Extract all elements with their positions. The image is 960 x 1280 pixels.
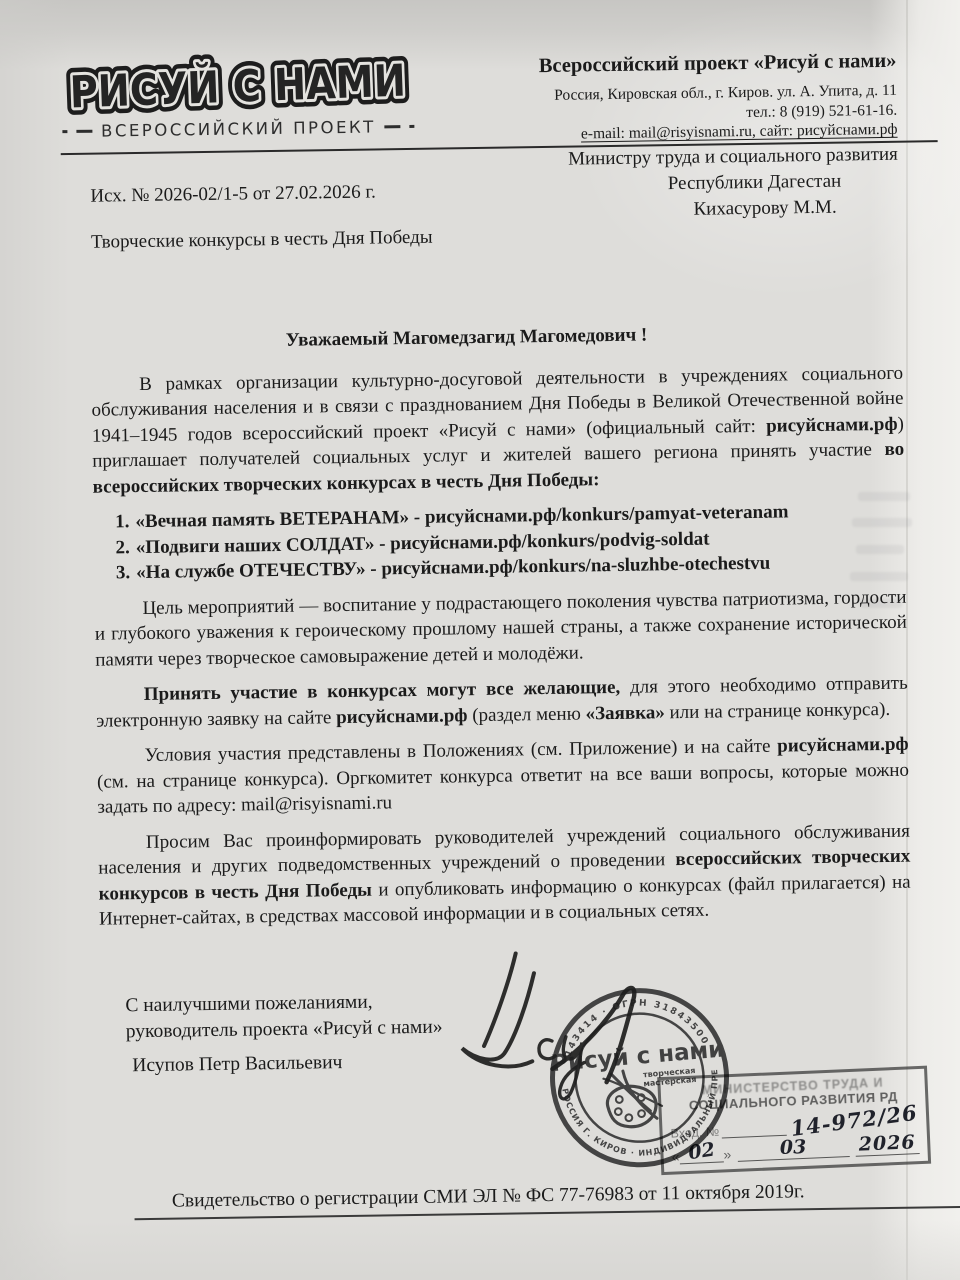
logo-rule-left [76, 130, 92, 133]
org-name: Всероссийский проект «Рисуй с нами» [539, 50, 897, 78]
recipient-line: Кихасурову М.М. [693, 197, 836, 221]
logo-rule-right [385, 125, 401, 128]
logo-rule-right-short [410, 125, 415, 128]
subject-line: Творческие конкурсы в честь Дня Победы [91, 227, 433, 254]
contest-list: 1.«Вечная память ВЕТЕРАНАМ» - рисуйснами… [115, 498, 906, 586]
incoming-date-year: 2026 [858, 1131, 916, 1155]
paragraph-intro: В рамках организации культурно-досуговой… [91, 360, 905, 500]
logo-title: РИСУЙ С НАМИ [69, 54, 407, 119]
letter-body: Уважаемый Магомедзагид Магомедович ! В р… [90, 319, 911, 942]
org-phone: тел.: 8 (919) 521-61-16. [746, 102, 897, 122]
contest-number: 1. [115, 511, 130, 532]
salutation: Уважаемый Магомедзагид Магомедович ! [90, 320, 842, 357]
project-logo: РИСУЙ С НАМИ РИСУЙ С НАМИ [57, 45, 418, 128]
recipient-line: Министру труда и социального развития [568, 144, 898, 171]
contest-number: 2. [115, 537, 130, 558]
paragraph-conditions: Условия участия представлены в Положения… [96, 732, 909, 821]
logo-subtitle-row: ВСЕРОССИЙСКИЙ ПРОЕКТ [62, 117, 414, 141]
logo-subtitle: ВСЕРОССИЙСКИЙ ПРОЕКТ [101, 117, 376, 140]
signature-block: С наилучшими пожеланиями, руководитель п… [125, 989, 443, 1080]
signer-name: Исупов Петр Васильевич [126, 1049, 443, 1080]
paragraph-request: Просим Вас проинформировать руководителе… [98, 818, 911, 932]
outgoing-reference: Исх. № 2026-02/1-5 от 27.02.2026 г. [90, 181, 376, 207]
closing-line: руководитель проекта «Рисуй с нами» [126, 1015, 443, 1046]
paragraph-goal: Цель мероприятий — воспитание у подраста… [94, 584, 907, 673]
contest-number: 3. [116, 562, 131, 583]
paragraph-participation: Принять участие в конкурсах могут все же… [96, 671, 909, 734]
letter-page: РИСУЙ С НАМИ РИСУЙ С НАМИ ВСЕРОССИЙСКИЙ … [0, 0, 960, 1280]
recipient-line: Республики Дагестан [668, 171, 842, 196]
org-email: e-mail: mail@risyisnami.ru, сайт: рисуйс… [581, 121, 898, 144]
handwritten-signature [432, 939, 675, 1118]
org-address: Россия, Кировская обл., г. Киров. ул. А.… [554, 82, 897, 105]
logo-rule-left-short [62, 130, 67, 133]
